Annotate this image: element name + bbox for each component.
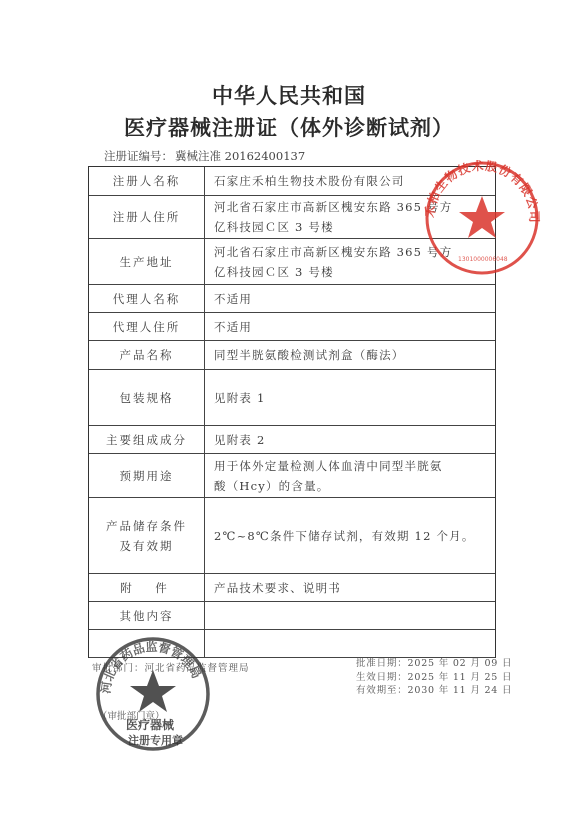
table-row-main-components: 主要组成成分 见附表 2	[89, 426, 495, 454]
row-label: 代理人名称	[89, 285, 205, 312]
document-title-certificate: 医疗器械注册证（体外诊断试剂）	[0, 112, 578, 142]
row-label: 产品储存条件及有效期	[89, 498, 205, 573]
table-row-attachments: 附 件 产品技术要求、说明书	[89, 574, 495, 602]
row-label: 代理人住所	[89, 313, 205, 340]
approval-date: 批准日期：2025 年 02 月 09 日	[356, 657, 512, 671]
row-label: 生产地址	[89, 239, 205, 284]
table-row-storage-validity: 产品储存条件及有效期 2℃~8℃条件下储存试剂，有效期 12 个月。	[89, 498, 495, 574]
table-row-package-spec: 包装规格 见附表 1	[89, 370, 495, 426]
row-value: 产品技术要求、说明书	[205, 574, 495, 601]
row-value: 不适用	[205, 313, 495, 340]
svg-text:1301000006048: 1301000006048	[458, 256, 508, 263]
date-block: 批准日期：2025 年 02 月 09 日 生效日期：2025 年 11 月 2…	[356, 657, 512, 698]
table-row-other-content: 其他内容	[89, 602, 495, 630]
row-value: 不适用	[205, 285, 495, 312]
row-value: 见附表 2	[205, 426, 495, 453]
row-label: 附 件	[89, 574, 205, 601]
row-value: 见附表 1	[205, 370, 495, 425]
effective-date: 生效日期：2025 年 11 月 25 日	[356, 671, 512, 685]
row-label: 注册人住所	[89, 196, 205, 238]
table-row-agent-name: 代理人名称 不适用	[89, 285, 495, 313]
table-row-product-name: 产品名称 同型半胱氨酸检测试剂盒（酶法）	[89, 341, 495, 370]
svg-text:医疗器械: 医疗器械	[126, 717, 175, 732]
row-value	[205, 630, 495, 657]
row-label: 包装规格	[89, 370, 205, 425]
row-value: 2℃~8℃条件下储存试剂，有效期 12 个月。	[205, 498, 495, 573]
company-seal-icon: 禾柏生物技术股份有限公司 1301000006048	[412, 158, 552, 278]
table-row-agent-address: 代理人住所 不适用	[89, 313, 495, 341]
table-row-intended-use: 预期用途 用于体外定量检测人体血清中同型半胱氨酸（Hcy）的含量。	[89, 454, 495, 498]
svg-text:注册专用章: 注册专用章	[128, 733, 183, 747]
row-label: 注册人名称	[89, 167, 205, 195]
row-value: 用于体外定量检测人体血清中同型半胱氨酸（Hcy）的含量。	[205, 454, 495, 497]
row-label: 预期用途	[89, 454, 205, 497]
registration-number: 注册证编号：冀械注准 20162400137	[104, 148, 307, 164]
row-label: 产品名称	[89, 341, 205, 369]
row-value: 同型半胱氨酸检测试剂盒（酶法）	[205, 341, 495, 369]
registration-number-value: 冀械注准 20162400137	[175, 149, 305, 163]
document-title-country: 中华人民共和国	[0, 80, 578, 110]
expiry-date: 有效期至：2030 年 11 月 24 日	[356, 684, 512, 698]
row-label: 主要组成成分	[89, 426, 205, 453]
authority-seal-icon: 河北省药品监督管理局 医疗器械 注册专用章	[88, 632, 218, 756]
row-value	[205, 602, 495, 629]
registration-number-label: 注册证编号：	[104, 149, 173, 163]
row-label: 其他内容	[89, 602, 205, 629]
